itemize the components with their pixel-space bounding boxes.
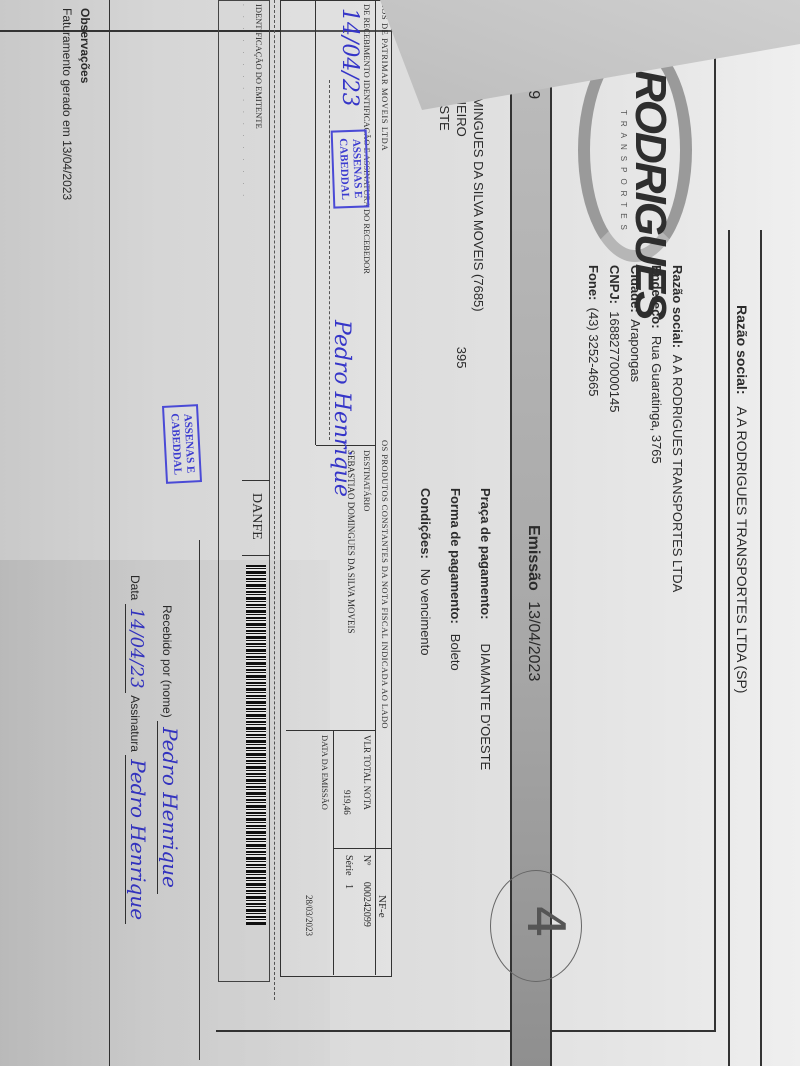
vlr-total-value: 919,46 xyxy=(342,790,352,815)
observacoes-label: Observações xyxy=(78,8,92,83)
handwritten-signature: Pedro Henrique xyxy=(329,320,354,497)
receipt-header-left: MOS DE PATRIMAR MOVEIS LTDA xyxy=(380,0,390,151)
observacoes-text: Faturamento gerado em 13/04/2023 xyxy=(60,8,74,200)
emissao: Emissão 13/04/2023 xyxy=(524,525,542,681)
danfe-divider-1 xyxy=(242,480,270,481)
company-stamp-2: ASSENAS E CABEDDAL xyxy=(162,404,202,484)
photo-shadow xyxy=(0,560,330,1066)
receipt-header-right: OS PRODUTOS CONSTANTES DA NOTA FISCAL IN… xyxy=(380,440,390,729)
emitente-faint-text: . . . . . . . . . . . . . . . . . xyxy=(241,4,248,200)
receipt-line-1 xyxy=(375,0,376,975)
company-stamp: ASSENAS E CABEDDAL xyxy=(331,129,370,208)
emitente-label: IDENTIFICAÇÃO DO EMITENTE xyxy=(254,4,264,129)
nfe-number: Nº 000242099 xyxy=(361,855,372,927)
danfe-divider-2 xyxy=(242,555,270,556)
nfe-serie: Série 1 xyxy=(343,855,354,889)
receipt-line-3 xyxy=(315,0,316,445)
box-top xyxy=(714,30,716,1030)
company-info: Razão social: A A RODRIGUES TRANSPORTES … xyxy=(583,265,688,592)
company-logo-subtext: TRANSPORTES xyxy=(619,110,628,236)
receipt-line-2 xyxy=(333,730,334,975)
danfe-label: DANFE xyxy=(248,493,264,540)
frame-line-outer xyxy=(760,230,762,1066)
vlr-total-label: VLR TOTAL NOTA xyxy=(362,735,372,810)
frame-line-inner xyxy=(728,230,730,1066)
handwritten-date: 14/04/23 xyxy=(337,8,362,107)
nfe-label: NF-e xyxy=(376,895,388,918)
receipt-divider-3 xyxy=(334,848,392,849)
circled-number: 4 xyxy=(515,905,575,938)
payment-info: Praça de pagamento:DIAMANTE D'OESTE Form… xyxy=(410,488,500,770)
destinatario-label: DESTINATÁRIO xyxy=(362,450,372,511)
razao-social-top: Razão social: A A RODRIGUES TRANSPORTES … xyxy=(734,305,750,693)
